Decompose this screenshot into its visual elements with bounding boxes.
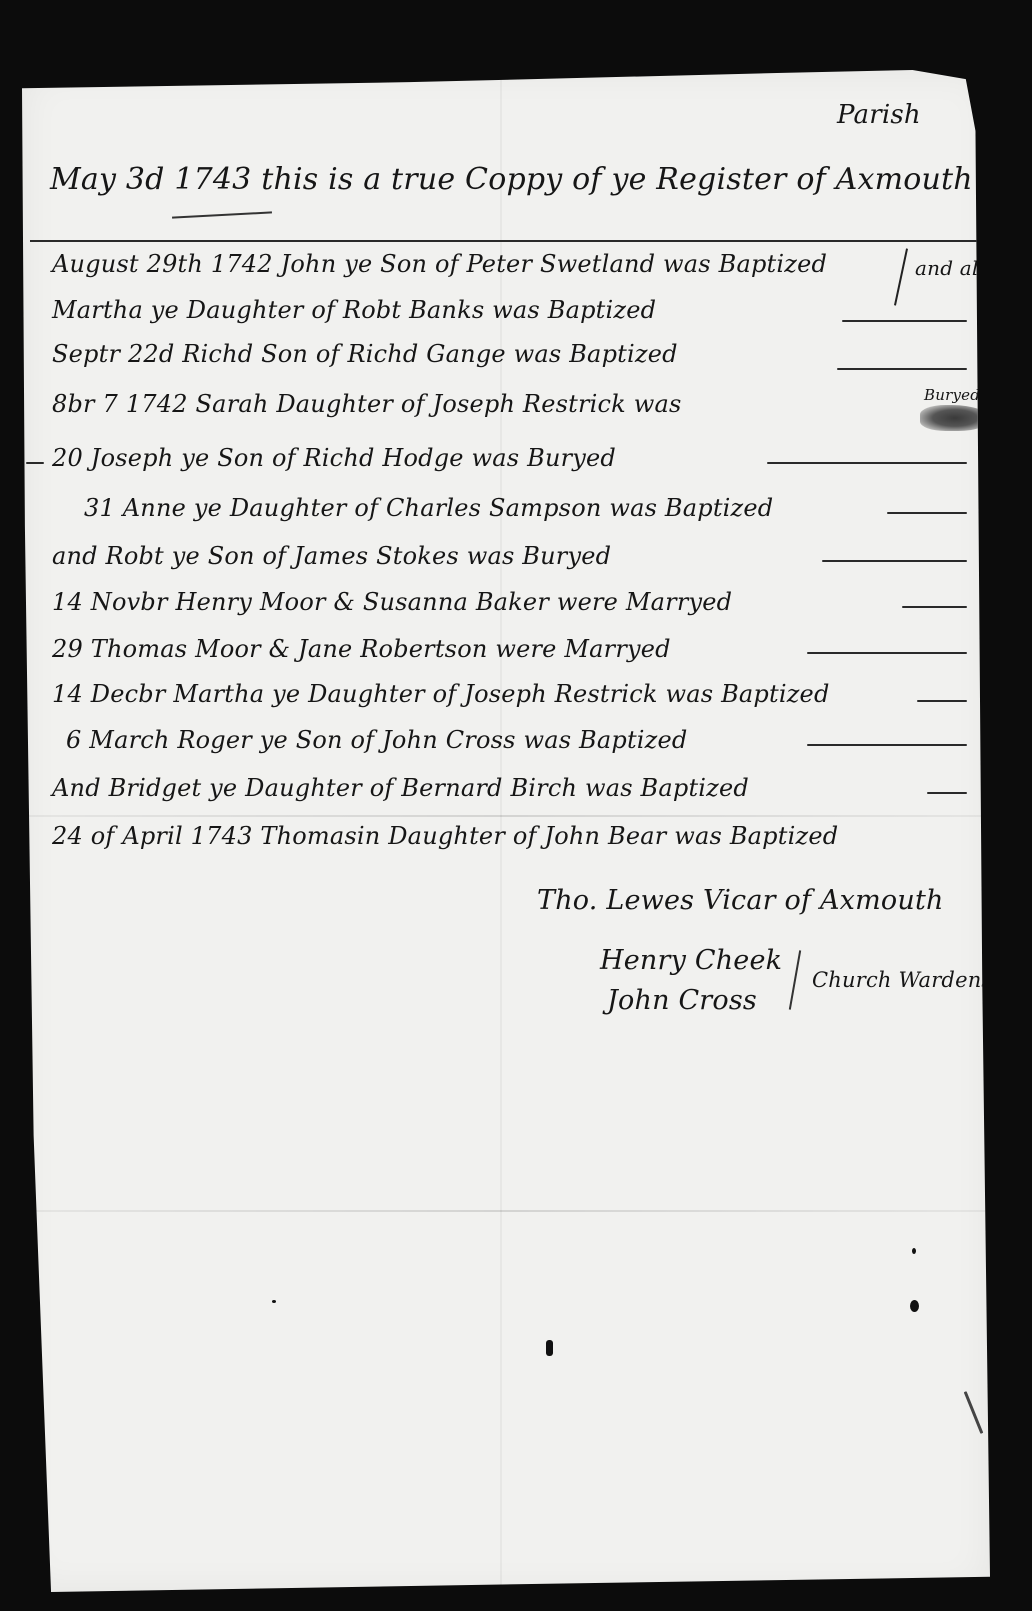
- paper-fold-line: [22, 1210, 990, 1212]
- register-entry: August 29th 1742 John ye Son of Peter Sw…: [52, 250, 827, 278]
- margin-bracket: [894, 248, 908, 305]
- register-entry: Martha ye Daughter of Robt Banks was Bap…: [52, 296, 656, 324]
- register-entry: 8br 7 1742 Sarah Daughter of Joseph Rest…: [52, 390, 682, 418]
- register-entry: 20 Joseph ye Son of Richd Hodge was Bury…: [52, 444, 616, 472]
- register-entry: And Bridget ye Daughter of Bernard Birch…: [52, 774, 749, 802]
- title-underline: [172, 211, 272, 218]
- register-entry: 14 Decbr Martha ye Daughter of Joseph Re…: [52, 680, 830, 708]
- paper-tear-mark: [964, 1391, 984, 1434]
- church-wardens-label: Church Wardens: [812, 968, 992, 992]
- margin-note: and also: [915, 256, 1001, 280]
- line-filler: [927, 792, 967, 794]
- header-rule: [30, 240, 980, 242]
- paper-speck: [272, 1300, 276, 1303]
- line-filler: [842, 320, 967, 322]
- line-filler: [822, 560, 967, 562]
- ink-spot: [546, 1340, 553, 1356]
- line-filler: [887, 512, 967, 514]
- line-filler: [807, 744, 967, 746]
- register-entry: 29 Thomas Moor & Jane Robertson were Mar…: [52, 635, 671, 663]
- vicar-signature: Tho. Lewes Vicar of Axmouth: [537, 885, 944, 916]
- parish-note: Parish: [837, 100, 921, 130]
- warden-signature-2: John Cross: [607, 985, 757, 1016]
- register-entry: 6 March Roger ye Son of John Cross was B…: [66, 726, 688, 754]
- register-entry: and Robt ye Son of James Stokes was Bury…: [52, 542, 611, 570]
- manuscript-page: Parish May 3d 1743 this is a true Coppy …: [22, 70, 990, 1592]
- register-entry: 14 Novbr Henry Moor & Susanna Baker were…: [52, 588, 732, 616]
- register-entry: Septr 22d Richd Son of Richd Gange was B…: [52, 340, 678, 368]
- ink-blot: [920, 405, 990, 431]
- paper-speck: [912, 1248, 916, 1254]
- register-entry: 24 of April 1743 Thomasin Daughter of Jo…: [52, 822, 838, 850]
- line-filler: [917, 700, 967, 702]
- ink-spot: [910, 1300, 919, 1312]
- line-filler: [767, 462, 967, 464]
- paper-fold-line: [22, 815, 990, 817]
- warden-signature-1: Henry Cheek: [600, 945, 782, 976]
- line-filler: [902, 606, 967, 608]
- line-filler: [26, 462, 44, 464]
- line-filler: [807, 652, 967, 654]
- line-filler: [837, 368, 967, 370]
- register-entry: 31 Anne ye Daughter of Charles Sampson w…: [84, 494, 773, 522]
- margin-correction: Buryed: [924, 386, 980, 404]
- page-title: May 3d 1743 this is a true Coppy of ye R…: [50, 162, 973, 197]
- wardens-bracket: [789, 950, 801, 1009]
